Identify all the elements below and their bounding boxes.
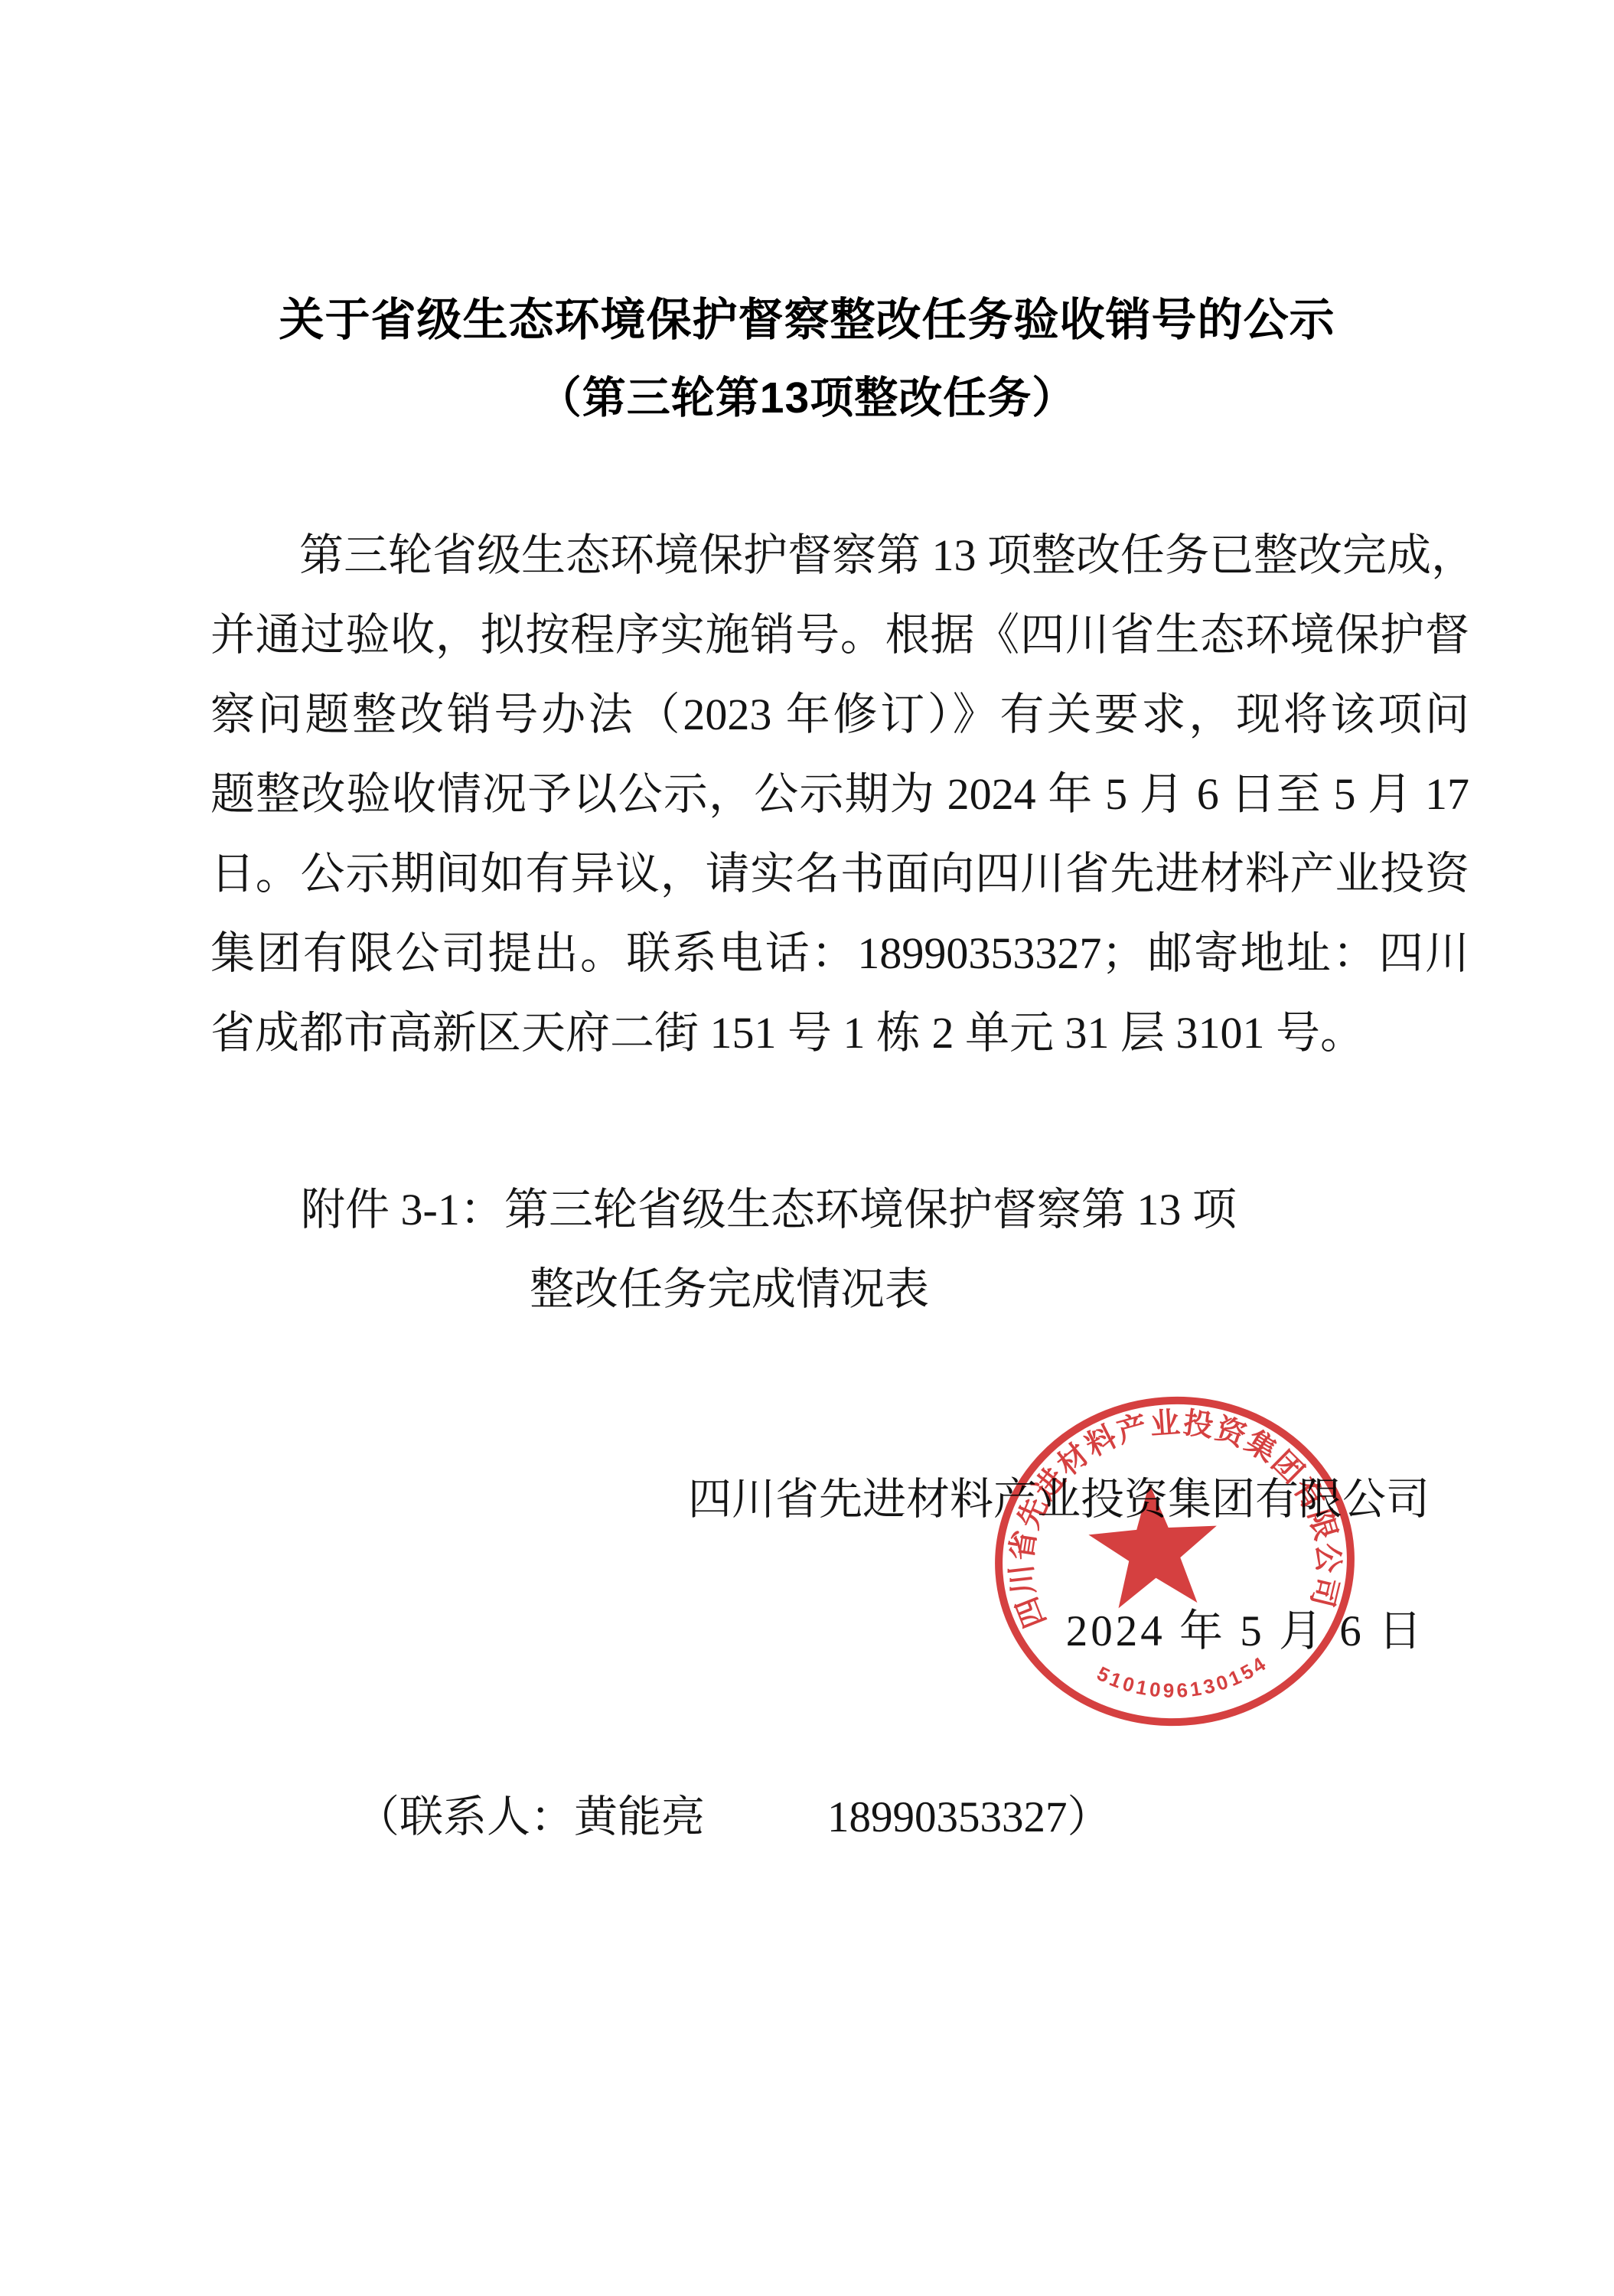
contact-suffix: ） [1068,1793,1111,1841]
contact-name: 黄能亮 [574,1793,705,1841]
seal-code-text: 5101096130154 [1092,1650,1274,1708]
red-company-seal: 四川省先进材料产业投资集团有限公司 5101096130154 [978,1381,1371,1743]
contact-prefix: （联系人： [356,1793,574,1841]
body-line-6: 集团有限公司提出。联系电话：18990353327；邮寄地址：四川 [210,926,1469,1006]
attachment-reference-line2: 整改任务完成情况表 [530,1264,929,1315]
body-paragraph: 第三轮省级生态环境保护督察第 13 项整改任务已整改完成， 并通过验收，拟按程序… [210,528,1469,1085]
seal-graphic: 四川省先进材料产业投资集团有限公司 5101096130154 [978,1381,1371,1743]
attachment-reference-line1: 附件 3-1：第三轮省级生态环境保护督察第 13 项 [301,1185,1237,1235]
body-line-4: 题整改验收情况予以公示，公示期为 2024 年 5 月 6 日至 5 月 17 [210,767,1469,846]
document-title-line1: 关于省级生态环境保护督察整改任务验收销号的公示 [0,283,1614,348]
scanned-document-page: 关于省级生态环境保护督察整改任务验收销号的公示 （第三轮第13项整改任务） 第三… [0,0,1614,2296]
body-line-2: 并通过验收，拟按程序实施销号。根据《四川省生态环境保护督 [210,608,1469,687]
body-line-5: 日。公示期间如有异议，请实名书面向四川省先进材料产业投资 [210,846,1469,926]
body-line-3: 察问题整改销号办法（2023 年修订）》有关要求，现将该项问 [210,687,1469,767]
contact-phone: 18990353327 [827,1793,1068,1841]
seal-star-icon [1085,1479,1222,1609]
seal-company-text: 四川省先进材料产业投资集团有限公司 [995,1396,1348,1633]
contact-person-line: （联系人：黄能亮18990353327） [356,1792,1111,1843]
body-line-7: 省成都市高新区天府二街 151 号 1 栋 2 单元 31 层 3101 号。 [210,1006,1469,1085]
body-line-1: 第三轮省级生态环境保护督察第 13 项整改任务已整改完成， [210,528,1469,608]
document-title-line2: （第三轮第13项整改任务） [0,363,1614,426]
